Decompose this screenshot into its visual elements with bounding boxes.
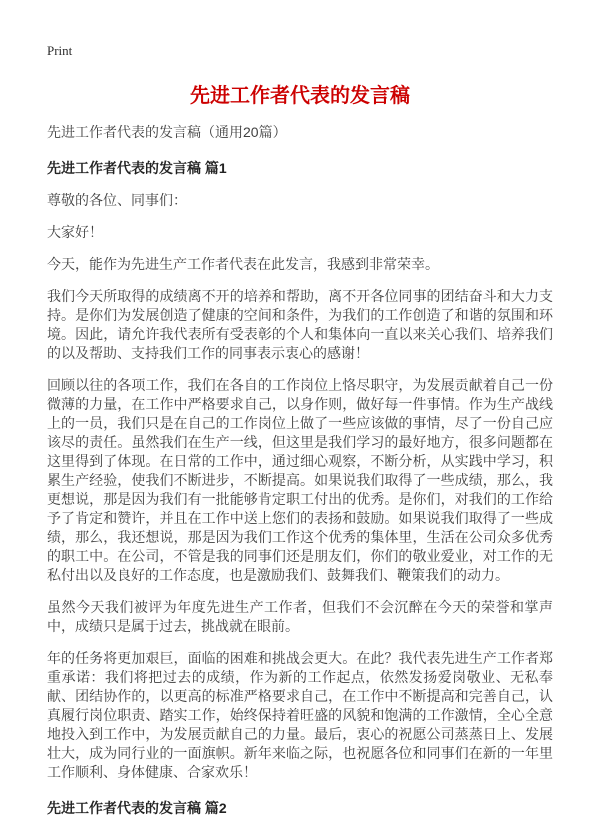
paragraph-honor: 虽然今天我们被评为年度先进生产工作者，但我们不会沉醉在今天的荣誉和掌声中，成绩只… bbox=[47, 598, 553, 636]
print-button[interactable]: Print bbox=[47, 44, 553, 58]
paragraph-thanks: 我们今天所取得的成绩离不开的培养和帮助，离不开各位同事的团结奋斗和大力支持。是你… bbox=[47, 287, 553, 363]
paragraph-promise: 年的任务将更加艰巨，面临的困难和挑战会更大。在此？我代表先进生产工作者郑重承诺：… bbox=[47, 649, 553, 782]
paragraph-hello: 大家好！ bbox=[47, 223, 553, 242]
paragraph-review: 回顾以往的各项工作，我们在各自的工作岗位上恪尽职守，为发展贡献着自己一份微薄的力… bbox=[47, 376, 553, 585]
paragraph-greeting: 尊敬的各位、同事们： bbox=[47, 191, 553, 210]
section-1-heading: 先进工作者代表的发言稿 篇1 bbox=[47, 159, 553, 178]
paragraph-intro: 今天，能作为先进生产工作者代表在此发言，我感到非常荣幸。 bbox=[47, 255, 553, 274]
document-page: Print 先进工作者代表的发言稿 先进工作者代表的发言稿（通用20篇） 先进工… bbox=[0, 0, 600, 828]
doc-subtitle: 先进工作者代表的发言稿（通用20篇） bbox=[47, 123, 553, 142]
section-2-heading: 先进工作者代表的发言稿 篇2 bbox=[47, 799, 553, 818]
page-title: 先进工作者代表的发言稿 bbox=[47, 84, 553, 108]
